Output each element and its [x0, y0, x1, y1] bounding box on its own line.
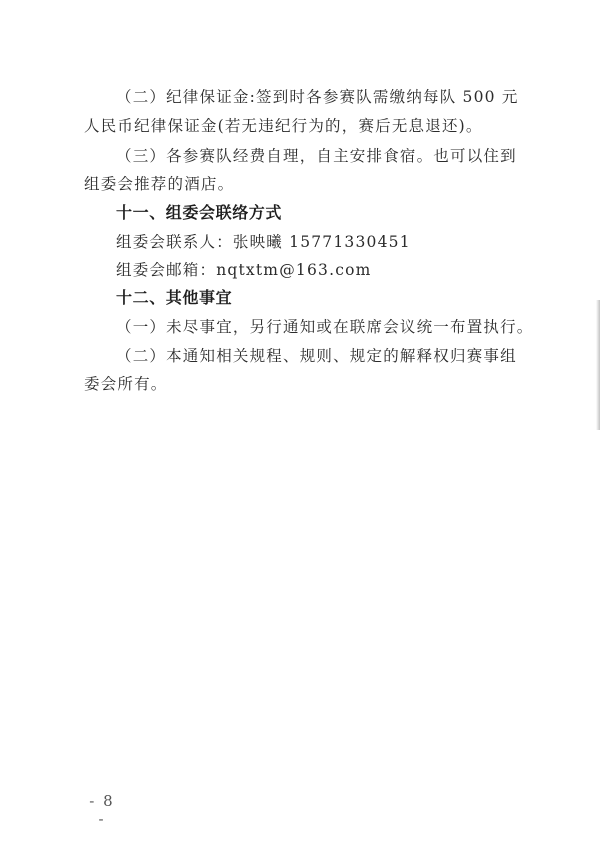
page-number: - 8 - [84, 792, 120, 828]
paragraph-deposit-line1: （二）纪律保证金:签到时各参赛队需缴纳每队 500 元 [116, 87, 519, 107]
paragraph-expenses-line1: （三）各参赛队经费自理，自主安排食宿。也可以住到 [116, 146, 517, 166]
document-page: （二）纪律保证金:签到时各参赛队需缴纳每队 500 元 人民币纪律保证金(若无违… [0, 0, 600, 848]
contact-person: 组委会联系人：张映曦 15771330451 [116, 232, 411, 252]
contact-email: 组委会邮箱：nqtxtm@163.com [116, 260, 372, 280]
section-11-heading: 十一、组委会联络方式 [116, 203, 282, 223]
paragraph-expenses-line2: 组委会推荐的酒店。 [84, 174, 234, 194]
paragraph-deposit-line2: 人民币纪律保证金(若无违纪行为的，赛后无息退还)。 [84, 116, 483, 136]
other-matters-item-2-line2: 委会所有。 [84, 374, 168, 394]
section-12-heading: 十二、其他事宜 [116, 288, 232, 308]
other-matters-item-1: （一）未尽事宜，另行通知或在联席会议统一布置执行。 [116, 317, 534, 337]
other-matters-item-2-line1: （二）本通知相关规程、规则、规定的解释权归赛事组 [116, 346, 517, 366]
scan-edge-shadow [596, 300, 600, 430]
